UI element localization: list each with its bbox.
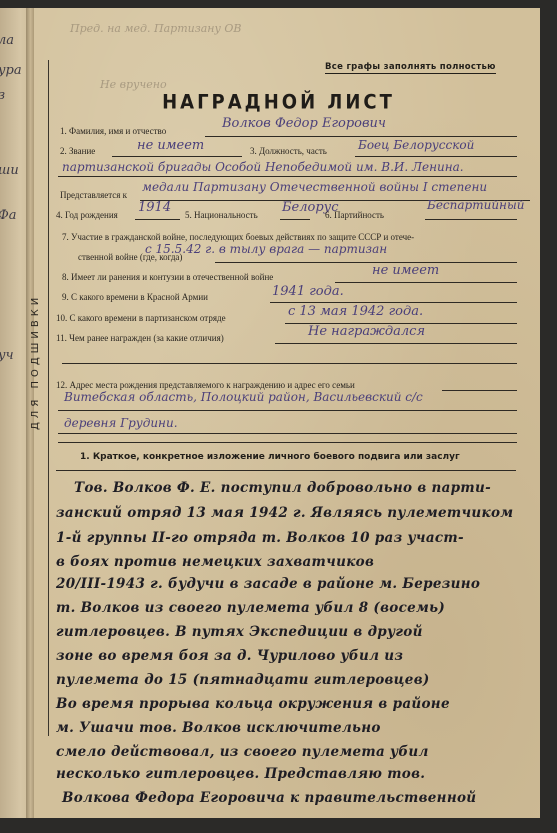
field-value-rank: не имеет	[137, 138, 204, 153]
field-value-position: Боец Белорусской	[358, 138, 474, 152]
field-line	[58, 442, 517, 443]
narrative-line: несколько гитлеровцев. Представляю тов.	[56, 766, 526, 782]
field-line	[275, 343, 517, 344]
narrative-line: зоне во время боя за д. Чурилово убил из	[56, 648, 526, 664]
field-line	[442, 390, 517, 391]
field-line	[58, 176, 517, 177]
field-value-birth-year: 1914	[138, 200, 171, 215]
binding-label: ДЛЯ ПОДШИВКИ	[30, 294, 41, 430]
narrative-line: м. Ушачи тов. Волков исключительно	[56, 720, 526, 736]
narrative-line: пулемета до 15 (пятнадцати гитлеровцев)	[56, 672, 526, 688]
underlying-handwriting: уч	[0, 348, 14, 363]
field-value-address-1: Витебская область, Полоцкий район, Васил…	[64, 390, 423, 404]
narrative-rule	[56, 470, 516, 471]
narrative-line: Во время прорыва кольца окружения в райо…	[56, 696, 526, 712]
field-line	[58, 433, 517, 434]
narrative-line: смело действовал, из своего пулемета уби…	[56, 744, 526, 760]
narrative-line: гитлеровцев. В путях Экспедиции в другой	[56, 624, 526, 640]
pencil-note: Пред. на мед. Партизану ОВ	[70, 22, 242, 35]
document-title: НАГРАДНОЙ ЛИСТ	[0, 91, 557, 114]
field-value-prior-awards: Не награждался	[308, 324, 425, 339]
field-value-red-army: 1941 года.	[272, 284, 344, 299]
underlying-handwriting: Фа	[0, 208, 17, 223]
field-value-wounds: не имеет	[372, 263, 439, 278]
field-label-party: 6. Партийность	[325, 210, 384, 220]
field-line	[280, 219, 310, 220]
field-value-award: медали Партизану Отечественной войны I с…	[142, 180, 487, 194]
field-value-position-cont: партизанской бригады Особой Непобедимой …	[62, 160, 464, 174]
field-line	[135, 219, 180, 220]
field-label-partisan: 10. С какого времени в партизанском отря…	[56, 313, 226, 323]
field-label-nationality: 5. Национальность	[185, 210, 258, 220]
narrative-line: 1-й группы II-го отряда т. Волков 10 раз…	[56, 530, 526, 546]
narrative-line: Тов. Волков Ф. Е. поступил добровольно в…	[74, 480, 544, 496]
narrative-heading: 1. Краткое, конкретное изложение личного…	[80, 452, 460, 462]
field-line	[425, 219, 517, 220]
underlying-handwriting: ура	[0, 63, 22, 78]
narrative-line: т. Волков из своего пулемета убил 8 (вос…	[56, 600, 526, 616]
field-line	[205, 136, 517, 137]
field-label-address: 12. Адрес места рождения представляемого…	[56, 380, 355, 390]
field-label-red-army: 9. С какого времени в Красной Армии	[62, 292, 208, 302]
narrative-line: 20/III-1943 г. будучи в засаде в районе …	[56, 576, 526, 592]
narrative-line: в боях против немецких захватчиков	[56, 554, 526, 570]
field-label-name: 1. Фамилия, имя и отчество	[60, 126, 166, 136]
field-line	[355, 156, 517, 157]
field-label-position: 3. Должность, часть	[250, 146, 327, 156]
field-line	[62, 363, 517, 364]
field-value-party: Беспартийный	[427, 198, 524, 212]
header-note: Все графы заполнять полностью	[325, 62, 496, 74]
binding-margin-line	[48, 60, 49, 736]
underlying-handwriting: ла	[0, 33, 14, 48]
narrative-line: Волкова Федора Егоровича к правительстве…	[62, 790, 532, 806]
field-label-award: Представляется к	[60, 190, 127, 200]
field-line	[270, 302, 517, 303]
field-label-rank: 2. Звание	[60, 146, 95, 156]
field-label-birth-year: 4. Год рождения	[56, 210, 118, 220]
field-label-wounds: 8. Имеет ли ранения и контузии в отечест…	[62, 272, 273, 282]
narrative-line: занский отряд 13 мая 1942 г. Являясь пул…	[56, 505, 526, 521]
field-value-address-2: деревня Грудини.	[64, 416, 178, 430]
field-line	[112, 156, 242, 157]
field-value-combat: с 15.5.42 г. в тылу врага — партизан	[145, 242, 387, 256]
field-value-name: Волков Федор Егорович	[222, 116, 386, 131]
field-label-prior-awards: 11. Чем ранее награжден (за какие отличи…	[56, 333, 224, 343]
field-line	[58, 410, 517, 411]
underlying-handwriting: ши	[0, 163, 19, 178]
field-line	[335, 282, 517, 283]
field-line	[215, 262, 517, 263]
pencil-note: Не вручено	[100, 78, 167, 91]
field-value-partisan: с 13 мая 1942 года.	[288, 304, 423, 319]
field-label-combat: 7. Участие в гражданской войне, последую…	[62, 232, 414, 242]
